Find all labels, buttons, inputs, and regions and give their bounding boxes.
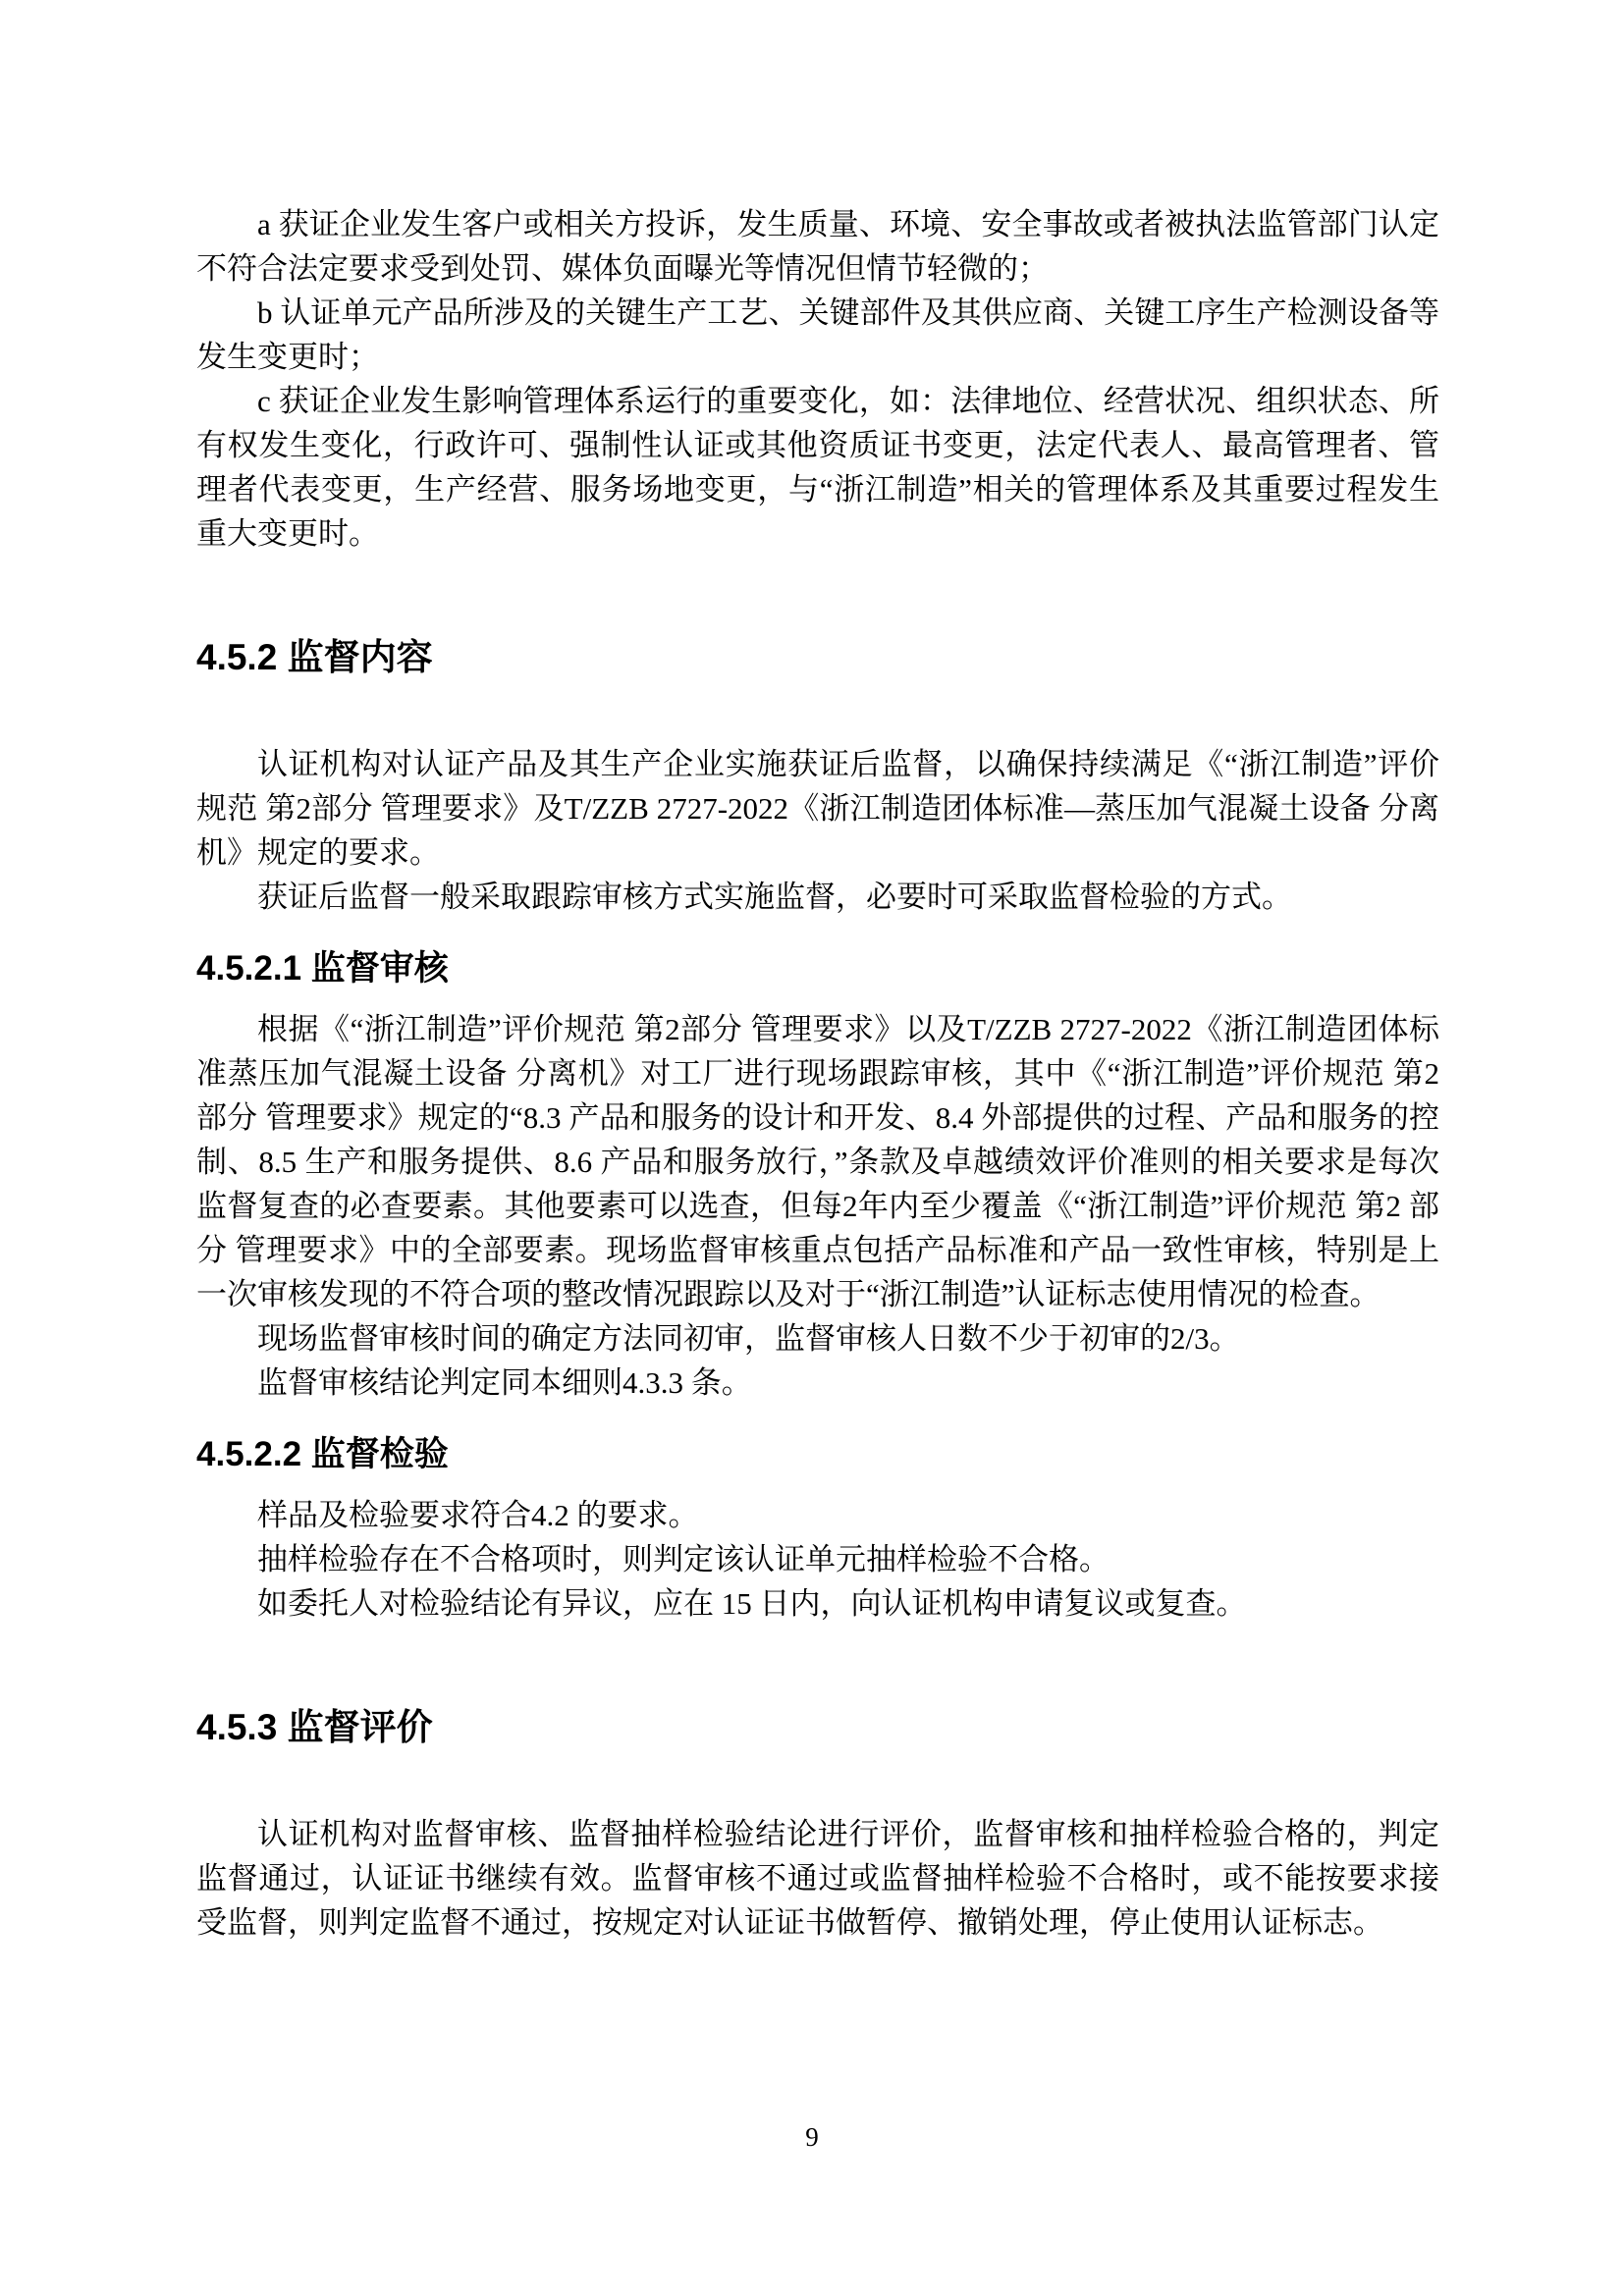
paragraph: 认证机构对认证产品及其生产企业实施获证后监督，以确保持续满足《“浙江制造”评价规… [196, 742, 1439, 875]
document-page: a 获证企业发生客户或相关方投诉，发生质量、环境、安全事故或者被执法监管部门认定… [0, 0, 1624, 2296]
paragraph: 如委托人对检验结论有异议，应在 15 日内，向认证机构申请复议或复查。 [196, 1581, 1439, 1626]
section-heading: 4.5.2.1 监督审核 [196, 944, 1439, 993]
paragraph: 监督审核结论判定同本细则4.3.3 条。 [196, 1361, 1439, 1405]
paragraph: 根据《“浙江制造”评价规范 第2部分 管理要求》以及T/ZZB 2727-202… [196, 1007, 1439, 1316]
page-number: 9 [0, 2122, 1624, 2153]
section-heading: 4.5.3 监督评价 [196, 1702, 1439, 1753]
section-heading: 4.5.2 监督内容 [196, 632, 1439, 683]
paragraph: 现场监督审核时间的确定方法同初审，监督审核人日数不少于初审的2/3。 [196, 1316, 1439, 1361]
paragraph: 抽样检验存在不合格项时，则判定该认证单元抽样检验不合格。 [196, 1537, 1439, 1581]
document-body: a 获证企业发生客户或相关方投诉，发生质量、环境、安全事故或者被执法监管部门认定… [196, 202, 1439, 1945]
paragraph: b 认证单元产品所涉及的关键生产工艺、关键部件及其供应商、关键工序生产检测设备等… [196, 291, 1439, 379]
section-heading: 4.5.2.2 监督检验 [196, 1430, 1439, 1479]
paragraph: c 获证企业发生影响管理体系运行的重要变化，如：法律地位、经营状况、组织状态、所… [196, 379, 1439, 556]
paragraph: 获证后监督一般采取跟踪审核方式实施监督，必要时可采取监督检验的方式。 [196, 875, 1439, 919]
paragraph: a 获证企业发生客户或相关方投诉，发生质量、环境、安全事故或者被执法监管部门认定… [196, 202, 1439, 291]
paragraph: 样品及检验要求符合4.2 的要求。 [196, 1493, 1439, 1537]
paragraph: 认证机构对监督审核、监督抽样检验结论进行评价，监督审核和抽样检验合格的，判定监督… [196, 1812, 1439, 1945]
